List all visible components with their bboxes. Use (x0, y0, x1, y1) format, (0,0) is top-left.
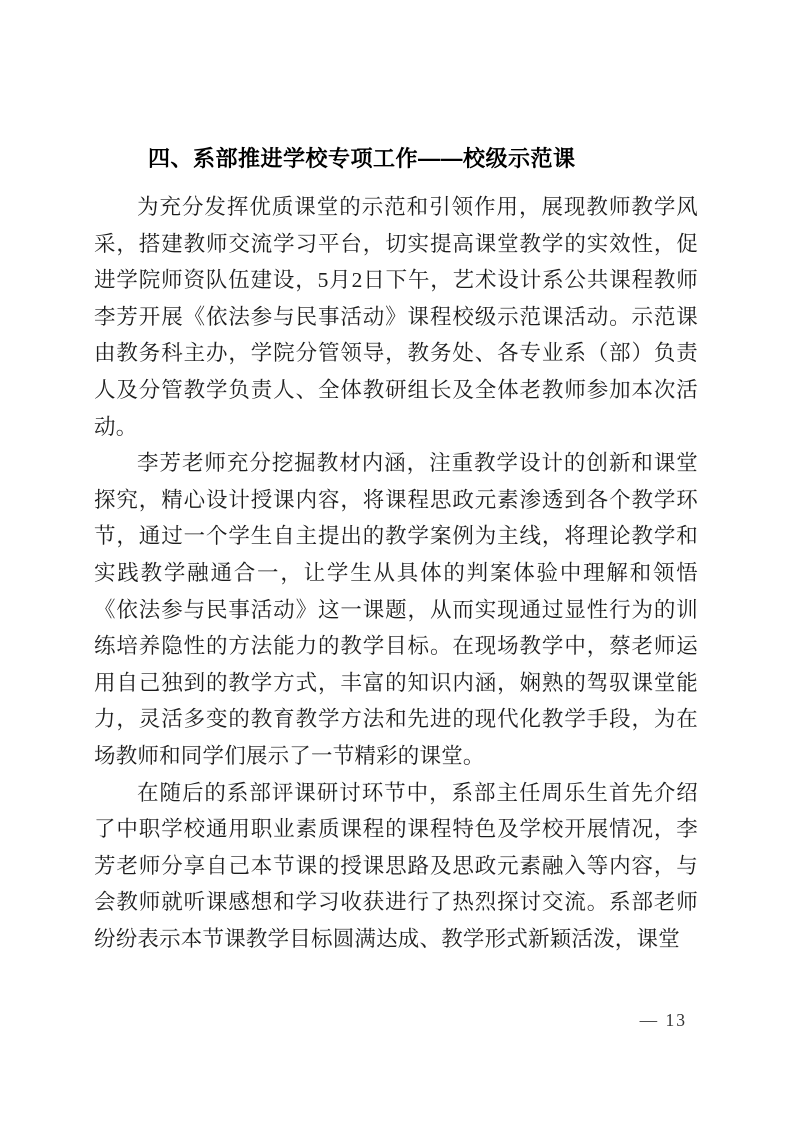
document-page: 四、系部推进学校专项工作——校级示范课 为充分发挥优质课堂的示范和引领作用，展现… (0, 0, 793, 1122)
paragraph-discussion: 在随后的系部评课研讨环节中，系部主任周乐生首先介绍了中职学校通用职业素质课程的课… (94, 775, 698, 958)
paragraph-lesson-description: 李芳老师充分挖掘教材内涵，注重教学设计的创新和课堂探究，精心设计授课内容，将课程… (94, 445, 698, 774)
document-content: 四、系部推进学校专项工作——校级示范课 为充分发挥优质课堂的示范和引领作用，展现… (94, 143, 698, 957)
page-number: — 13 (640, 1010, 687, 1031)
paragraph-intro: 为充分发挥优质课堂的示范和引领作用，展现教师教学风采，搭建教师交流学习平台，切实… (94, 189, 698, 445)
section-heading: 四、系部推进学校专项工作——校级示范课 (94, 143, 698, 175)
